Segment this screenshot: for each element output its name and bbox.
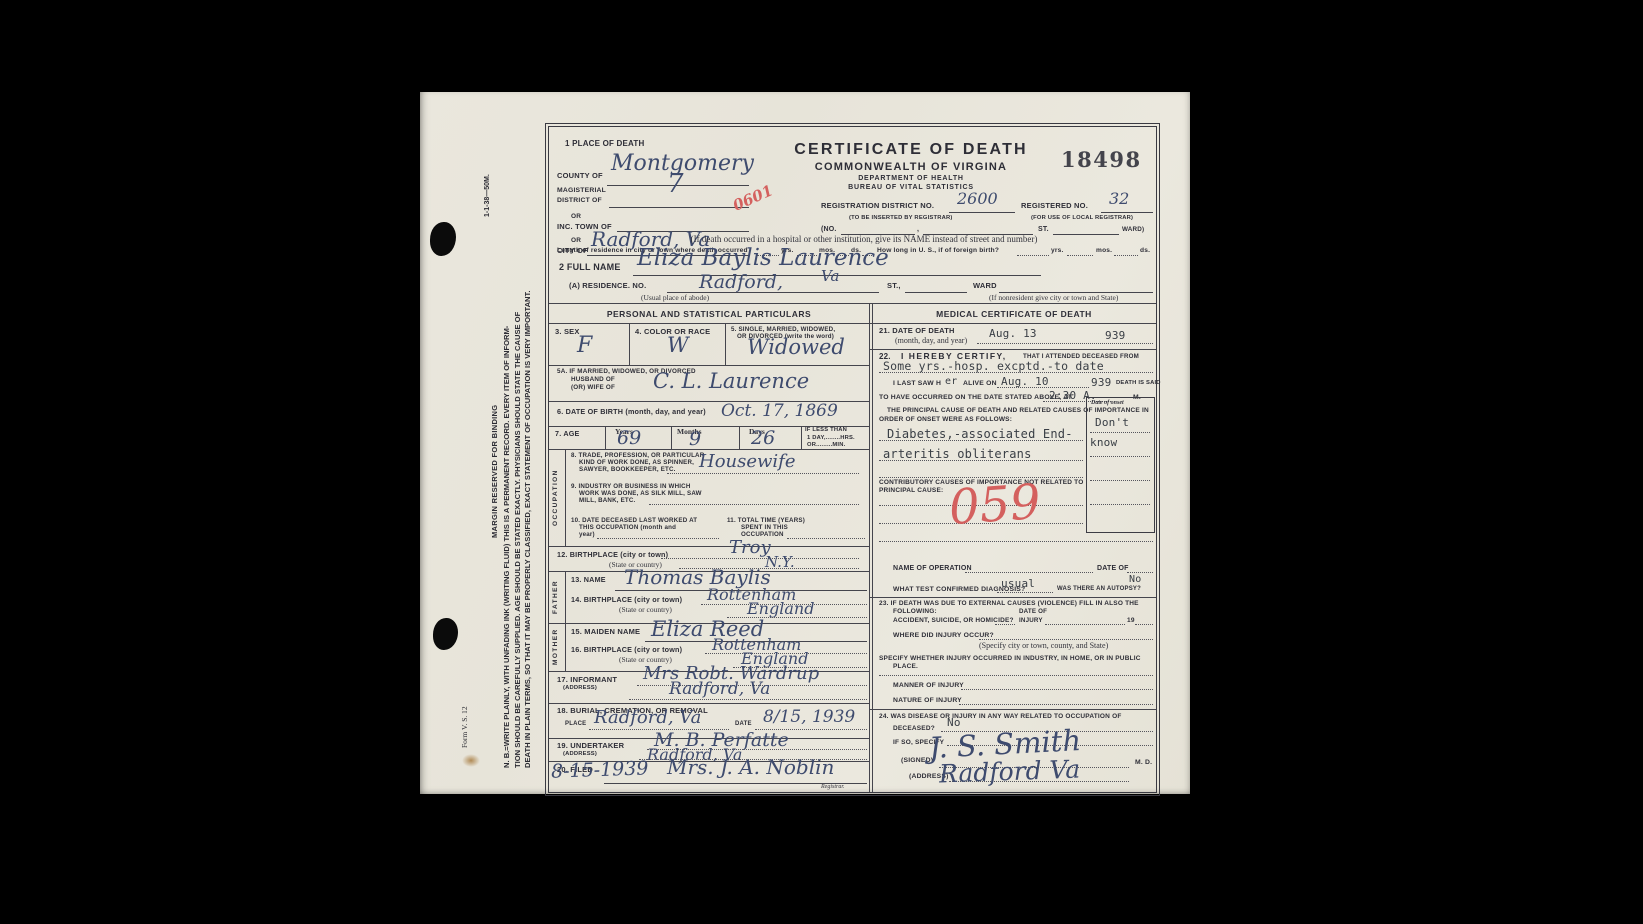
last-saw-label: I LAST SAW H — [893, 380, 941, 387]
department-line: DEPARTMENT OF HEALTH — [771, 175, 1051, 182]
occupation-side-cell: OCCUPATION — [549, 449, 566, 546]
or-label-1: OR — [571, 213, 581, 220]
residence-label: (A) RESIDENCE. NO. — [569, 281, 646, 290]
manner-of-injury-label: MANNER OF INJURY — [893, 682, 964, 689]
cause-code-stamp: 059 — [947, 474, 1042, 536]
father-birthplace-label: 14. BIRTHPLACE (city or town) — [571, 595, 682, 604]
scanner-background: 1-1-38—50M. MARGIN RESERVED FOR BINDING … — [0, 0, 1643, 924]
age-months-value: 9 — [689, 428, 701, 450]
date-of-onset-box: Date of onset Don't know — [1086, 397, 1155, 533]
sex-label: 3. SEX — [555, 327, 580, 336]
or-label-2: OR — [571, 237, 581, 244]
registration-district-value: 2600 — [957, 189, 998, 208]
or-min-label: OR.........MIN. — [807, 442, 845, 448]
test-value: usual — [1001, 577, 1035, 590]
informant-address-value: Radford, Va — [669, 679, 770, 699]
birthplace-label: 12. BIRTHPLACE (city or town) — [557, 550, 668, 559]
marital-value: Widowed — [747, 335, 845, 359]
nonresident-note: (If nonresident give city or town and St… — [989, 293, 1118, 302]
date-of-injury-label-2: INJURY — [1019, 617, 1043, 624]
physician-address-value: Radford Va — [939, 755, 1081, 789]
registration-district-label: REGISTRATION DISTRICT NO. — [821, 201, 934, 210]
st2-label: ST., — [887, 281, 901, 290]
marital-label-1: 5. SINGLE, MARRIED, WIDOWED, — [731, 326, 835, 333]
margin-nb-line-1: N. B.=WRITE PLAINLY, WITH UNFADING INK (… — [502, 146, 513, 768]
mother-side-label: MOTHER — [552, 625, 559, 669]
dob-label: 6. DATE OF BIRTH (month, day, and year) — [557, 407, 706, 416]
ink-blot-top — [430, 222, 456, 256]
father-side-cell: FATHER — [549, 571, 566, 623]
race-value: W — [667, 333, 689, 357]
margin-binding-note: MARGIN RESERVED FOR BINDING — [490, 362, 499, 538]
registrar-caption: Registrar. — [821, 784, 845, 790]
external-causes-label-1: 23. IF DEATH WAS DUE TO EXTERNAL CAUSES … — [879, 600, 1139, 607]
date-of-death-label: 21. DATE OF DEATH — [879, 326, 955, 335]
md-label: M. D. — [1135, 759, 1152, 766]
street-no-comma: , — [917, 226, 919, 233]
trade-value: Housewife — [699, 451, 796, 472]
date-of-injury-label-1: DATE OF — [1019, 608, 1047, 615]
where-injury-label: WHERE DID INJURY OCCUR? — [893, 632, 994, 639]
sex-value: F — [577, 333, 592, 358]
informant-address-label: (ADDRESS) — [563, 685, 597, 691]
last-saw-date-value: Aug. 10 — [1001, 375, 1049, 388]
abode-note: (Usual place of abode) — [641, 293, 709, 302]
age-label: 7. AGE — [555, 429, 580, 438]
county-label: COUNTY OF — [557, 171, 603, 180]
bureau-line: BUREAU OF VITAL STATISTICS — [771, 184, 1051, 191]
where-injury-note: (Specify city or town, county, and State… — [979, 641, 1108, 650]
certificate-title: CERTIFICATE OF DEATH — [771, 141, 1051, 159]
last-saw-year-value: 939 — [1091, 376, 1111, 389]
husband-value: C. L. Laurence — [653, 369, 809, 393]
full-name-value: Eliza Baylis Laurence — [637, 245, 889, 271]
mother-maiden-label: 15. MAIDEN NAME — [571, 627, 640, 636]
occupation-side-label: OCCUPATION — [552, 457, 559, 539]
injury-year-printed: 19 — [1127, 617, 1135, 624]
occurred-label: TO HAVE OCCURRED ON THE DATE STATED ABOV… — [879, 394, 1072, 401]
burial-date-label: DATE — [735, 721, 752, 727]
right-section-title: MEDICAL CERTIFICATE OF DEATH — [872, 309, 1156, 319]
age-years-value: 69 — [617, 427, 641, 449]
margin-nb-line-2: TION SHOULD BE CAREFULLY SUPPLIED. AGE S… — [513, 146, 524, 768]
us-ds-label: ds. — [1140, 247, 1150, 254]
specify-injury-label-2: PLACE. — [893, 663, 918, 670]
ink-blot-bottom — [433, 618, 458, 650]
residence-state-value: Va — [821, 267, 839, 285]
magisterial-value: 7 — [667, 169, 684, 199]
father-birthplace-country: England — [747, 599, 814, 618]
district-code-stamp: 0601 — [730, 181, 775, 214]
paper-stain — [462, 754, 480, 767]
specify-injury-label-1: SPECIFY WHETHER INJURY OCCURRED IN INDUS… — [879, 655, 1141, 662]
how-long-us-label: How long in U. S., if of foreign birth? — [877, 247, 999, 254]
local-registrar-note: (FOR USE OF LOCAL REGISTRAR) — [1031, 215, 1133, 221]
filed-registrar-value: Mrs. J. A. Noblin — [667, 755, 834, 779]
operation-date-label: DATE OF — [1097, 565, 1129, 572]
industry-label-1: 9. INDUSTRY OR BUSINESS IN WHICH — [571, 483, 691, 490]
contributory-label-2: PRINCIPAL CAUSE: — [879, 487, 943, 494]
undertaker-address-label: (ADDRESS) — [563, 751, 597, 757]
total-time-label-2: SPENT IN THIS — [741, 524, 788, 531]
burial-place-label: PLACE — [565, 721, 586, 727]
occupation-related-label-1: 24. WAS DISEASE OR INJURY IN ANY WAY REL… — [879, 713, 1122, 720]
full-name-label: 2 FULL NAME — [559, 262, 621, 272]
accident-label: ACCIDENT, SUICIDE, OR HOMICIDE? — [893, 617, 1014, 624]
dob-value: Oct. 17, 1869 — [721, 401, 838, 421]
trade-label-2: KIND OF WORK DONE, AS SPINNER, — [579, 459, 694, 466]
autopsy-label: WAS THERE AN AUTOPSY? — [1057, 586, 1141, 592]
mother-birthplace-label: 16. BIRTHPLACE (city or town) — [571, 645, 682, 654]
signed-label: (SIGNED) — [901, 757, 933, 764]
magisterial-label-1: MAGISTERIAL — [557, 187, 606, 194]
registered-no-label: REGISTERED NO. — [1021, 201, 1088, 210]
trade-label-3: SAWYER, BOOKKEEPER, ETC. — [579, 466, 676, 473]
if-less-than-label: IF LESS THAN — [805, 427, 847, 433]
father-name-label: 13. NAME — [571, 575, 606, 584]
margin-print-code: 1-1-38—50M. — [484, 155, 491, 217]
hospital-note: (If death occurred in a hospital or othe… — [629, 234, 1099, 244]
certificate-serial-number: 18498 — [1061, 147, 1142, 172]
operation-label: NAME OF OPERATION — [893, 565, 972, 572]
occupation-related-value: No — [947, 716, 961, 729]
mother-side-cell: MOTHER — [549, 623, 566, 671]
burial-date-value: 8/15, 1939 — [763, 707, 855, 727]
attended-from-value: Some yrs.-hosp. excptd.-to date — [883, 359, 1104, 373]
onset-value-line-1: Don't — [1095, 416, 1129, 429]
ward-label: WARD) — [1122, 226, 1144, 233]
date-of-death-note: (month, day, and year) — [895, 336, 967, 345]
husband-label-2: HUSBAND OF — [571, 376, 615, 383]
street-label: ST. — [1038, 226, 1049, 233]
magisterial-label-2: DISTRICT OF — [557, 197, 602, 204]
last-worked-label-1: 10. DATE DECEASED LAST WORKED AT — [571, 517, 697, 524]
informant-label: 17. INFORMANT — [557, 675, 617, 684]
filed-date-value: 8-15-1939 — [551, 757, 649, 782]
margin-nb-line-3: DEATH IN PLAIN TERMS, SO THAT IT MAY BE … — [523, 146, 534, 768]
father-birthplace-note: (State or country) — [619, 605, 672, 614]
principal-cause-label-2: ORDER OF ONSET WERE AS FOLLOWS: — [879, 416, 1012, 423]
date-of-onset-label: Date of onset — [1091, 400, 1124, 406]
us-yrs-label: yrs. — [1051, 247, 1064, 254]
autopsy-value: No — [1129, 574, 1141, 585]
one-day-hrs-label: 1 DAY,........HRS. — [807, 435, 855, 441]
last-worked-label-2: THIS OCCUPATION (month and — [579, 524, 676, 531]
cause-of-death-line-1: Diabetes,-associated End- — [887, 427, 1073, 441]
date-of-death-value: Aug. 13 — [989, 327, 1037, 340]
field-place-of-death: 1 PLACE OF DEATH — [565, 139, 645, 148]
nature-of-injury-label: NATURE OF INJURY — [893, 697, 962, 704]
death-is-said-label: DEATH IS SAID — [1116, 380, 1161, 386]
industry-label-2: WORK WAS DONE, AS SILK MILL, SAW — [579, 490, 702, 497]
registered-no-value: 32 — [1109, 189, 1129, 208]
last-worked-label-3: year) — [579, 531, 595, 538]
commonwealth-subtitle: COMMONWEALTH OF VIRGINA — [771, 161, 1051, 173]
last-saw-gender-value: er — [945, 376, 957, 387]
certificate-form: 1 PLACE OF DEATH COUNTY OF Montgomery MA… — [548, 126, 1157, 793]
trade-label-1: 8. TRADE, PROFESSION, OR PARTICULAR — [571, 452, 704, 459]
onset-value-line-2: know — [1090, 436, 1117, 449]
burial-place-value: Radford, Va — [594, 707, 701, 728]
alive-on-label: ALIVE ON — [963, 380, 997, 387]
registrar-note: (TO BE INSERTED BY REGISTRAR) — [849, 215, 953, 221]
ward2-label: WARD — [973, 281, 997, 290]
cause-of-death-line-2: arteritis obliterans — [883, 447, 1032, 461]
husband-label-3: (OR) WIFE OF — [571, 384, 615, 391]
father-side-label: FATHER — [552, 574, 559, 620]
external-causes-label-2: FOLLOWING: — [893, 608, 937, 615]
street-no-label: (NO. — [821, 226, 837, 233]
industry-label-3: MILL, BANK, ETC. — [579, 497, 635, 504]
residence-value: Radford, — [699, 271, 783, 293]
age-days-value: 26 — [751, 427, 775, 449]
total-time-label-1: 11. TOTAL TIME (YEARS) — [727, 517, 805, 524]
date-of-death-year: 939 — [1105, 329, 1125, 342]
us-mos-label: mos. — [1096, 247, 1112, 254]
death-certificate-scan: 1-1-38—50M. MARGIN RESERVED FOR BINDING … — [420, 92, 1190, 794]
left-section-title: PERSONAL AND STATISTICAL PARTICULARS — [549, 309, 869, 319]
margin-form-code: Form V. S. 12 — [460, 690, 469, 748]
undertaker-label: 19. UNDERTAKER — [557, 741, 624, 750]
